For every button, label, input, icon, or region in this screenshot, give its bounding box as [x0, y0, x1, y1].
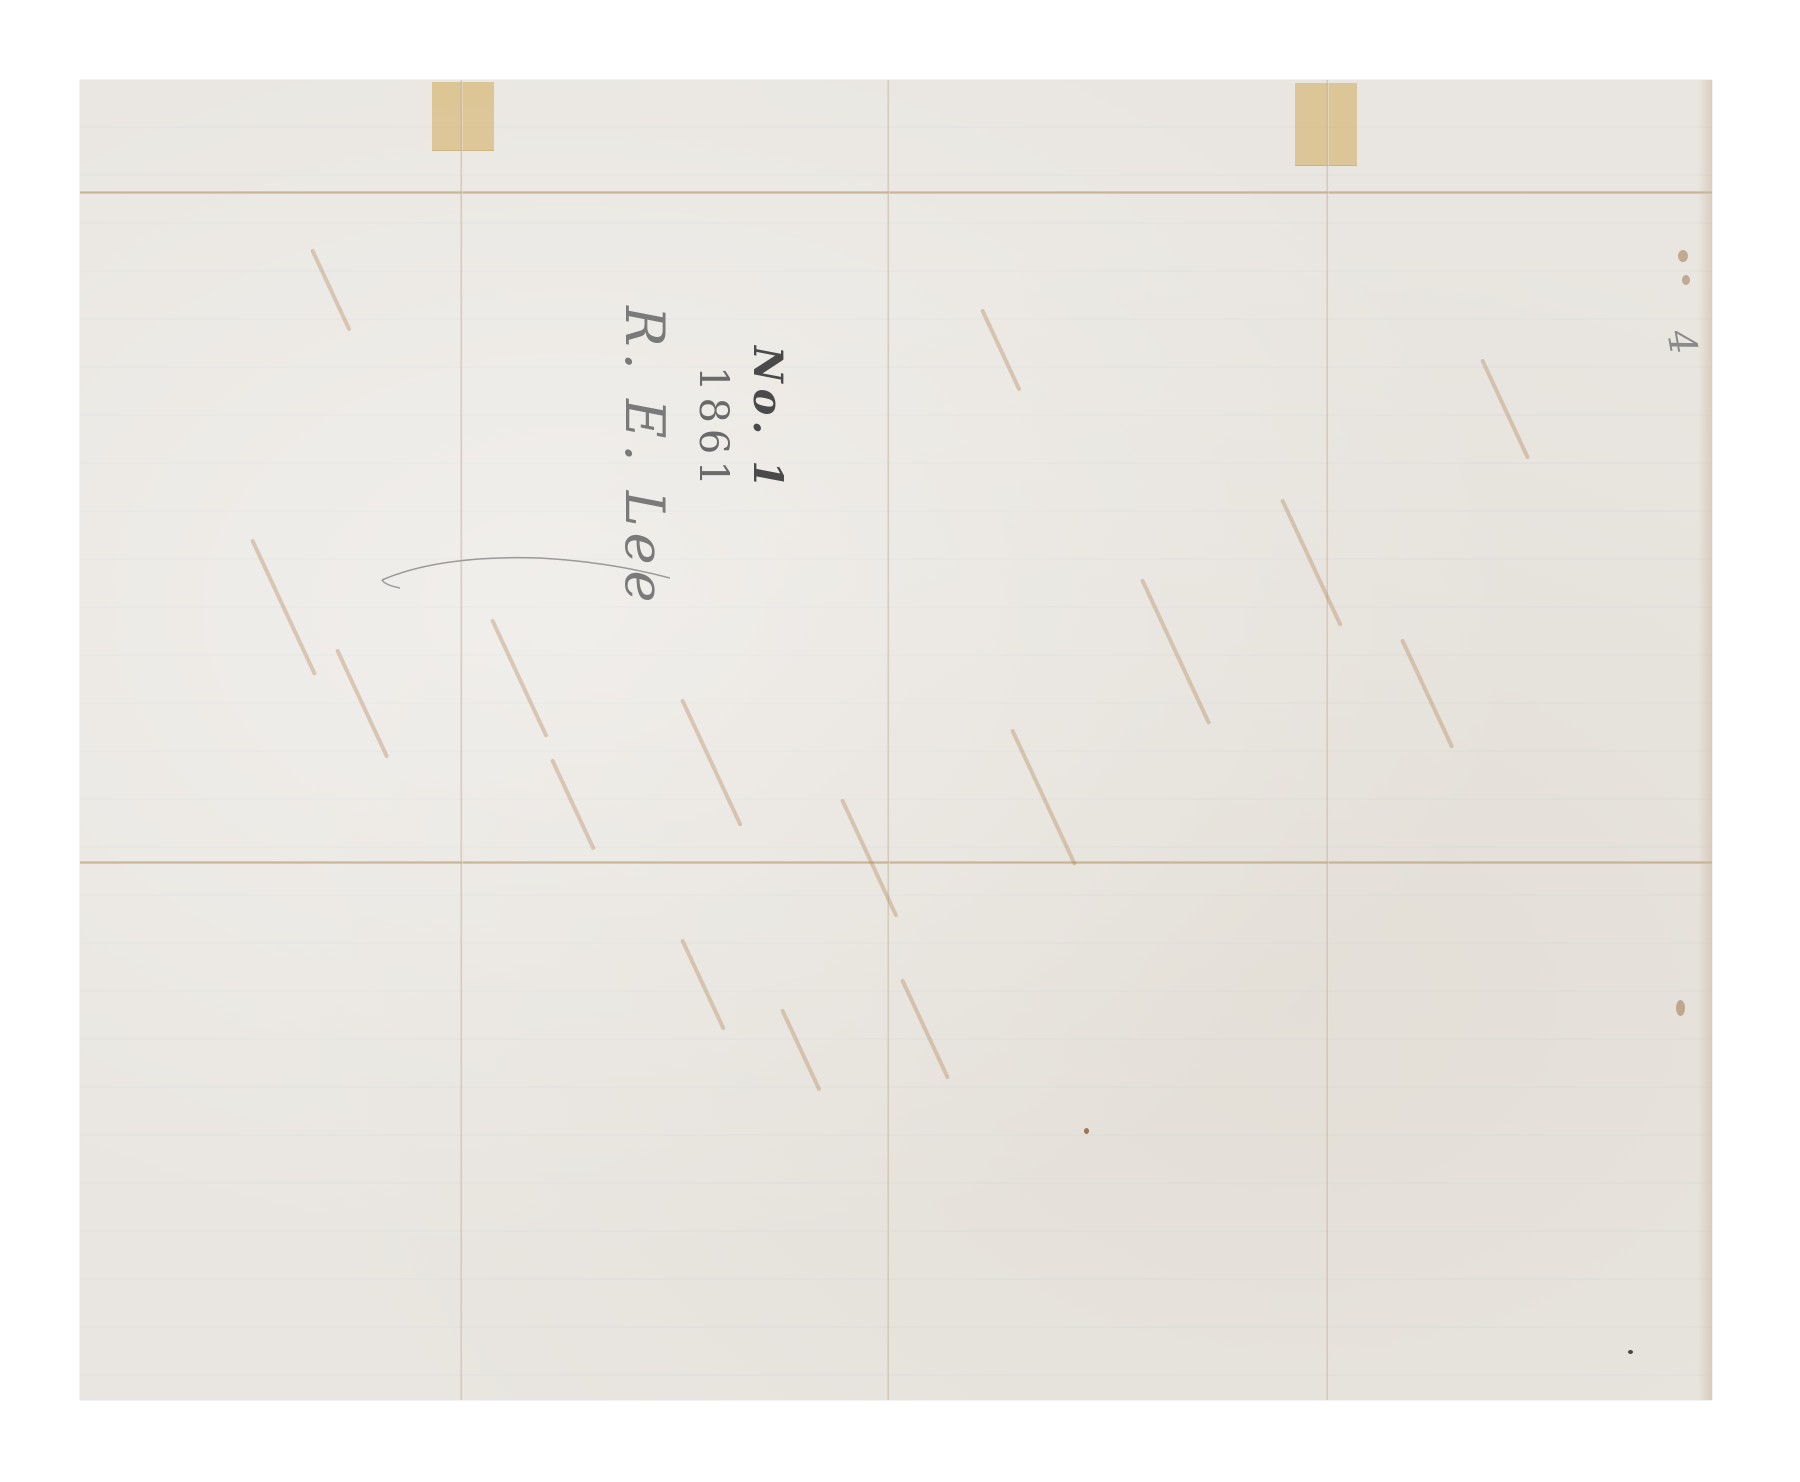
stain-spot: [1628, 1350, 1633, 1354]
fold-line-middle: [80, 861, 1712, 864]
marginal-pencil-mark: 4: [1658, 326, 1706, 357]
ink-bleed-stroke: [1140, 578, 1211, 725]
ink-bleed-stroke: [1280, 498, 1343, 627]
stain-spot: [1676, 1000, 1685, 1016]
ink-bleed-stroke: [250, 538, 317, 676]
ink-bleed-stroke: [680, 938, 726, 1030]
notation-year: 1861: [690, 366, 736, 492]
stain-spot: [1084, 1128, 1089, 1134]
stain-spot: [1678, 250, 1688, 262]
stain-spot: [1682, 275, 1690, 285]
tape-strip-left: [432, 82, 494, 151]
ink-bleed-stroke: [900, 978, 950, 1079]
notation-name: R. E. Lee: [613, 306, 676, 609]
notation-number: No. 1: [744, 346, 791, 494]
ink-bleed-stroke: [1400, 638, 1454, 748]
pencil-notation: R. E. Lee 1861 No. 1: [586, 306, 676, 666]
fold-line-right: [1326, 80, 1329, 1400]
ink-bleed-stroke: [490, 618, 549, 738]
ink-bleed-stroke: [310, 248, 352, 331]
fold-line-left: [460, 80, 463, 1400]
fold-line-center: [887, 80, 890, 1400]
ink-bleed-stroke: [1480, 358, 1530, 459]
fold-line-top: [80, 191, 1712, 194]
ink-bleed-stroke: [680, 698, 743, 827]
ink-bleed-stroke: [335, 648, 389, 758]
ink-bleed-stroke: [780, 1008, 822, 1091]
ink-bleed-stroke: [550, 758, 596, 850]
ink-bleed-stroke: [980, 308, 1022, 391]
ink-bleed-stroke: [1010, 728, 1077, 866]
letter-sheet: R. E. Lee 1861 No. 1 4: [80, 80, 1712, 1400]
